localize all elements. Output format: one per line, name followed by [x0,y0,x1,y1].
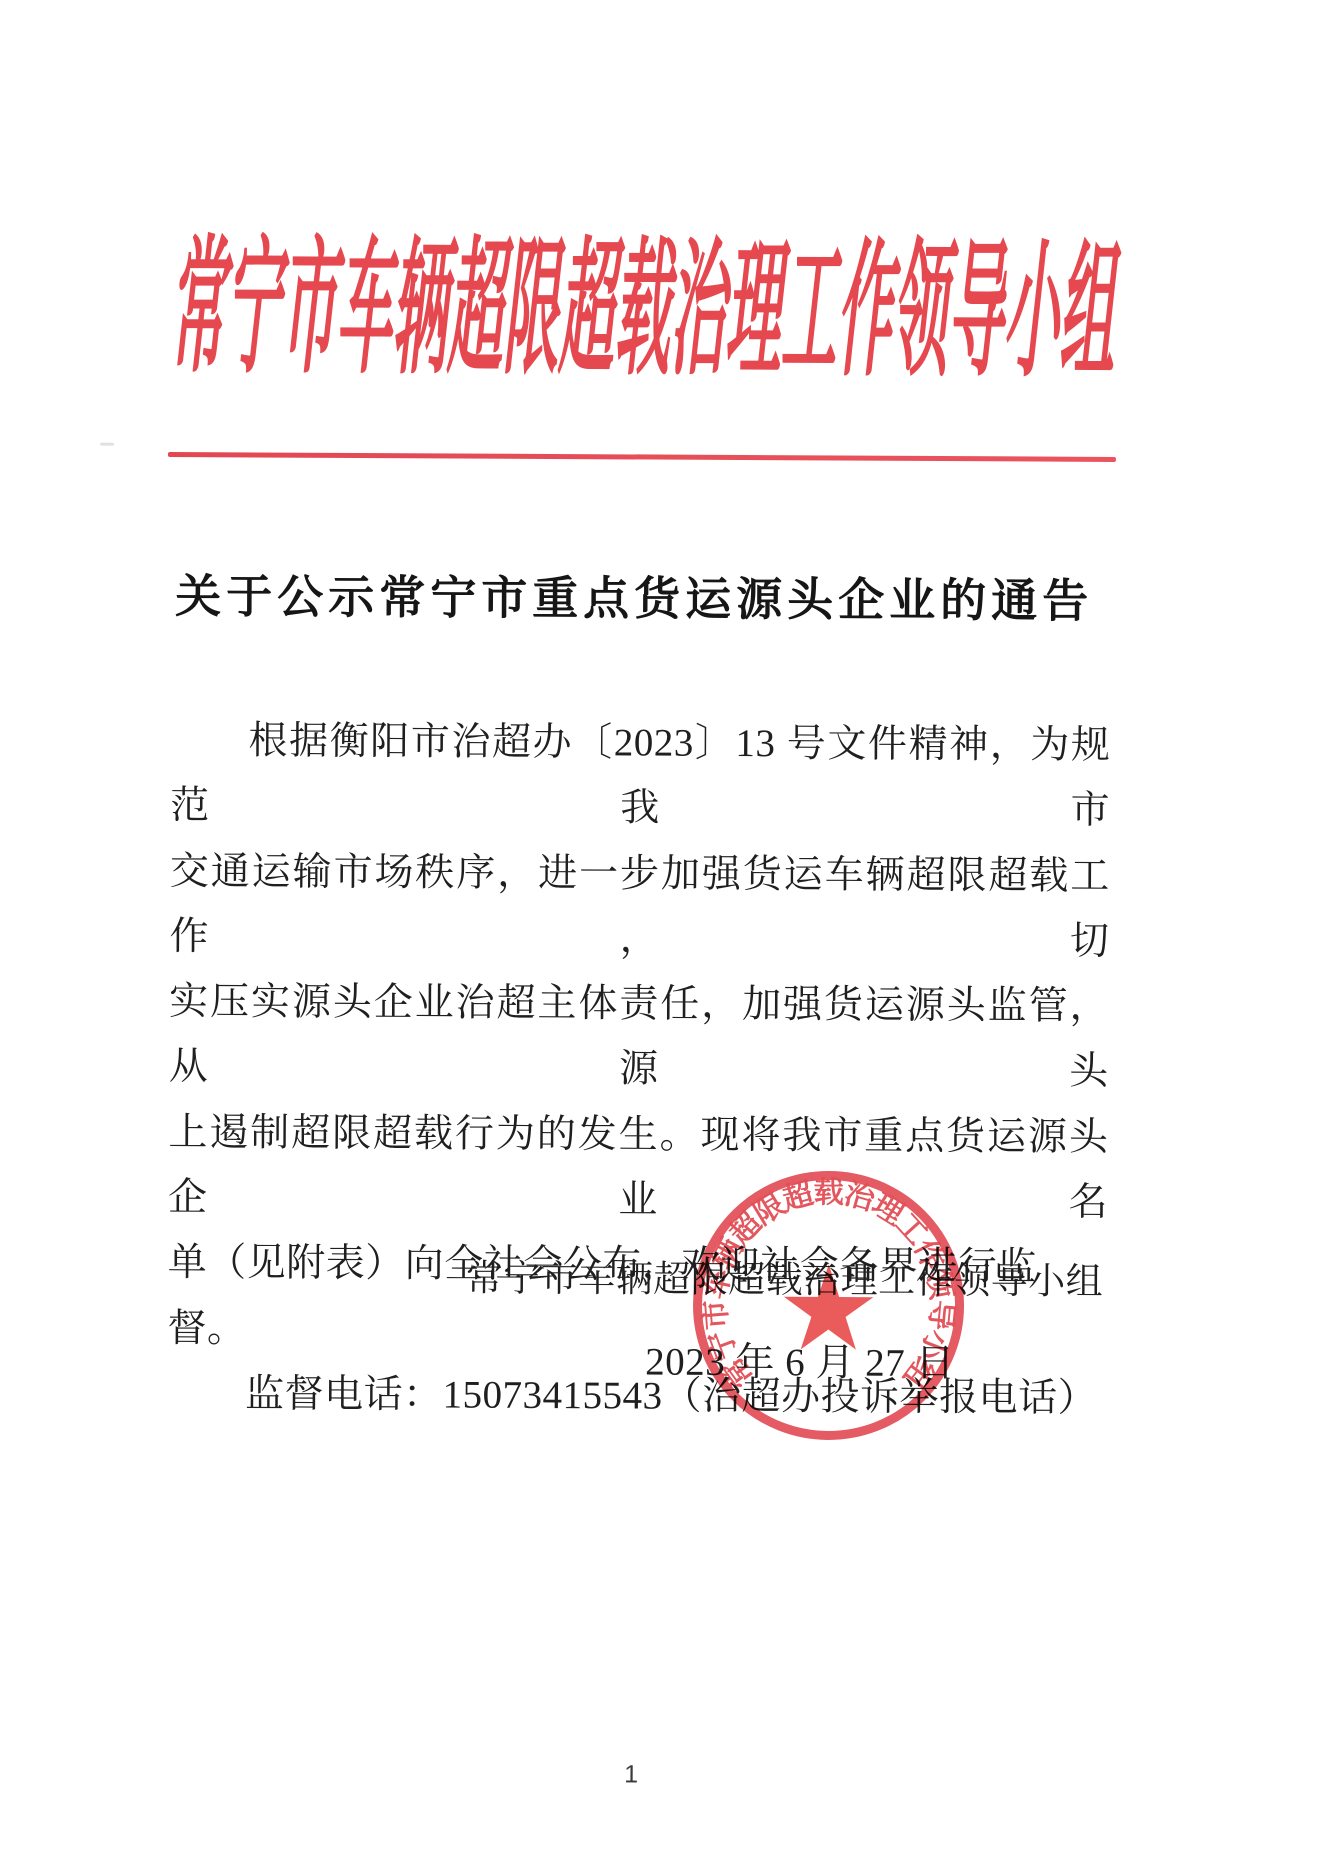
scan-surface: 常宁市车辆超限超载治理工作领导小组 关于公示常宁市重点货运源头企业的通告 根据衡… [0,0,1322,1869]
body-line-1: 根据衡阳市治超办〔2023〕13 号文件精神，为规范我市 [170,708,1111,844]
page-number: 1 [591,1760,671,1789]
red-star-icon [784,1264,874,1349]
scan-artifact-mark [100,443,114,446]
body-line-2: 交通运输市场秩序，进一步加强货运车辆超限超载工作，切 [169,839,1110,975]
official-seal: 常宁市车辆超限超载治理工作领导小组 [678,1155,980,1457]
document-title: 关于公示常宁市重点货运源头企业的通告 [0,566,1295,633]
red-divider-rule [168,452,1116,462]
body-line-3: 实压实源头企业治超主体责任，加强货运源头监管，从源头 [169,969,1110,1105]
scanned-document-page: 常宁市车辆超限超载治理工作领导小组 关于公示常宁市重点货运源头企业的通告 根据衡… [0,0,1322,1869]
masthead-banner: 常宁市车辆超限超载治理工作领导小组 [0,177,1322,399]
masthead-text: 常宁市车辆超限超载治理工作领导小组 [165,227,1128,395]
